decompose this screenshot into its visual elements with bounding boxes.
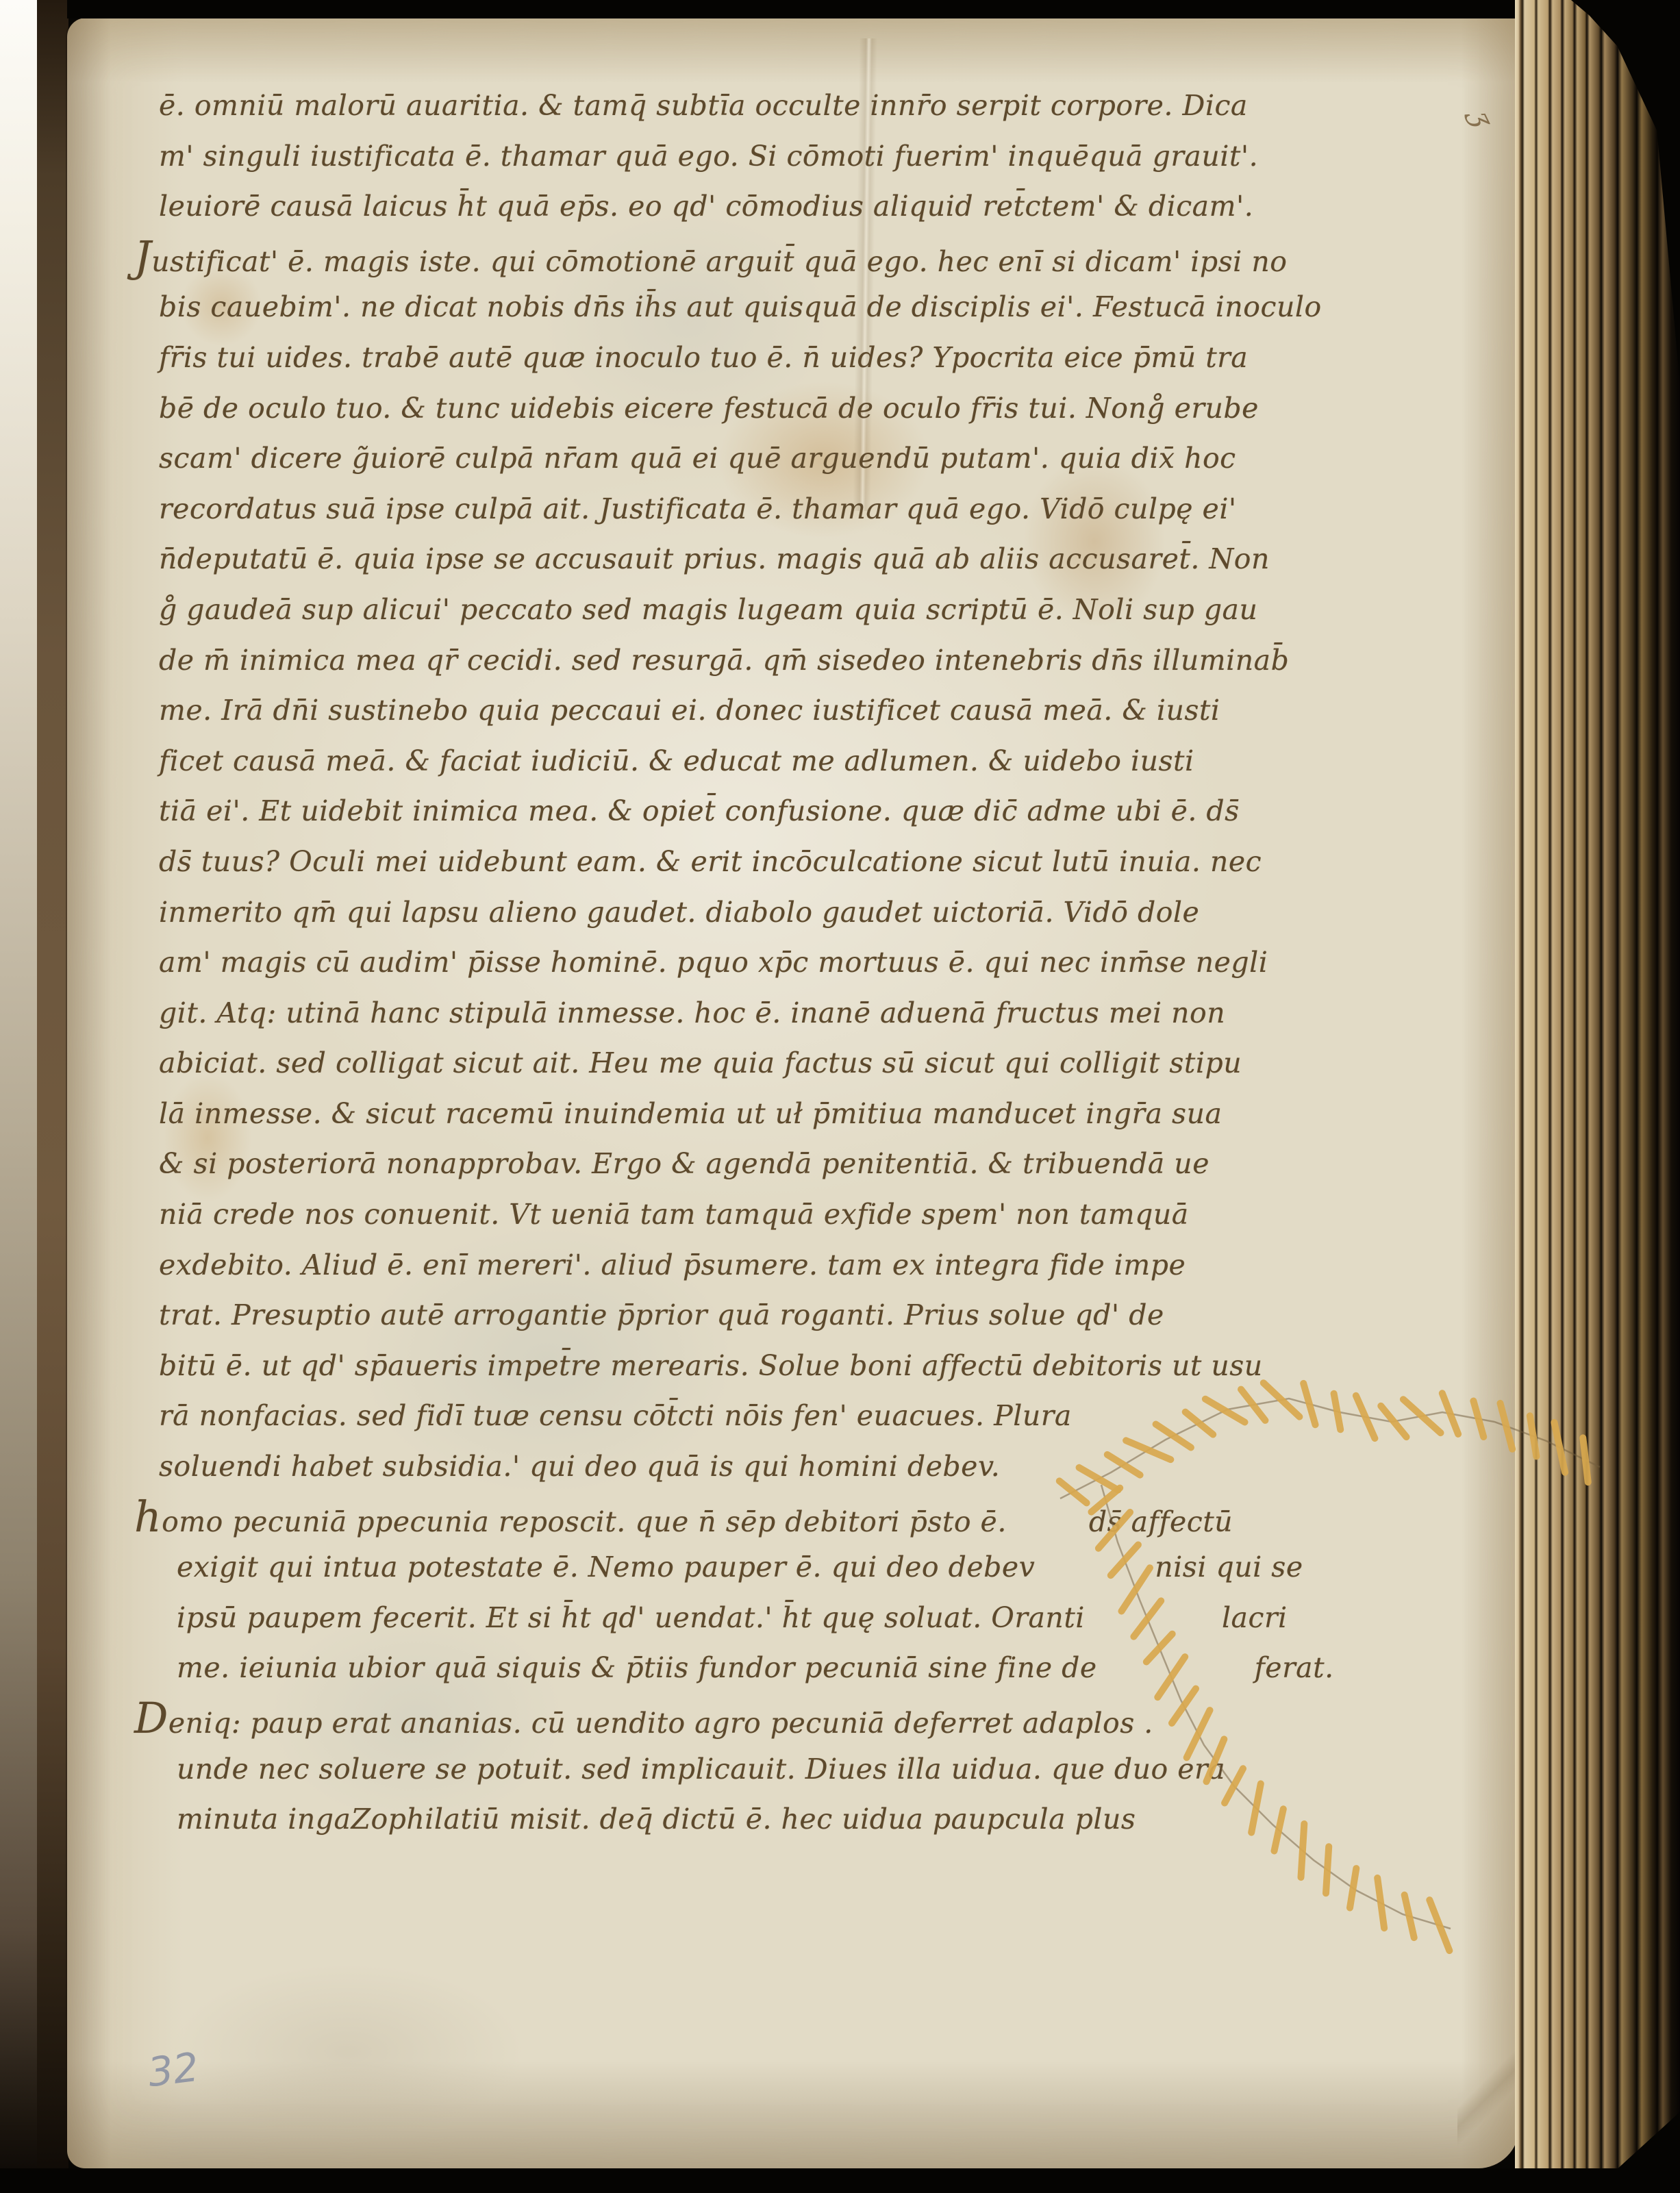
line-text: me. ieiunia ubior quā siquis & p̄tiis fu… (177, 1651, 1097, 1684)
manuscript-line: ipsū paupem fecerit. Et si h̄t qd' uenda… (177, 1593, 1364, 1644)
manuscript-line: tiā ei'. Et uidebit inimica mea. & opiet… (159, 786, 1364, 837)
line-text: ds̄ affectū (1089, 1505, 1233, 1538)
line-text: unde nec soluere se potuit. sed implicau… (177, 1753, 1225, 1785)
manuscript-line: minuta ingaZophilatiū misit. deq̄ dictū … (177, 1794, 1364, 1845)
line-text: minuta ingaZophilatiū misit. deq̄ dictū … (177, 1803, 1136, 1835)
manuscript-line: g̊ gaudeā sup alicui' peccato sed magis … (159, 585, 1364, 636)
text-block: ē. omniū malorū auaritia. & tamq̄ subtīa… (159, 81, 1364, 1845)
line-text: ds̄ tuus? Oculi mei uidebunt eam. & erit… (159, 845, 1262, 878)
line-text: ferat. (1255, 1651, 1334, 1684)
scan-background-top (67, 0, 1546, 18)
line-text: m' singuli iustificata ē. thamar quā ego… (159, 140, 1258, 173)
line-text: leuiorē causā laicus h̄t quā ep̄s. eo qd… (159, 190, 1253, 223)
line-text: g̊ gaudeā sup alicui' peccato sed magis … (159, 593, 1257, 626)
book-cover-edge (37, 0, 68, 2193)
manuscript-line: de m̄ inimica mea qr̄ cecidi. sed resurg… (159, 636, 1364, 686)
line-text: me. Irā dn̄i sustinebo quia peccaui ei. … (159, 694, 1220, 727)
line-text: Justificat' ē. magis iste. qui cōmotionē… (134, 245, 1287, 278)
manuscript-line: leuiorē causā laicus h̄t quā ep̄s. eo qd… (159, 181, 1364, 232)
book-fore-edge-pages (1515, 0, 1680, 2193)
manuscript-line: abiciat. sed colligat sicut ait. Heu me … (159, 1038, 1364, 1089)
manuscript-line: exigit qui intua potestate ē. Nemo paupe… (177, 1542, 1364, 1593)
line-text: bitū ē. ut qd' sp̄aueris impet̄re merear… (159, 1349, 1263, 1382)
line-text: Deniq: paup erat ananias. cū uendito agr… (134, 1707, 1153, 1740)
line-text: rā nonfacias. sed fidī tuæ censu cōt̄cti… (159, 1399, 1072, 1432)
line-text: bis cauebim'. ne dicat nobis dn̄s ih̄s a… (159, 290, 1322, 323)
line-text: soluendi habet subsidia.' qui deo quā is… (159, 1450, 1000, 1483)
line-text: trat. Presuptio autē arrogantie p̄prior … (159, 1299, 1164, 1331)
line-text: recordatus suā ipse culpā ait. Justifica… (159, 492, 1237, 525)
line-text: fr̄is tui uides. trabē autē quæ inoculo … (159, 341, 1248, 374)
line-text: de m̄ inimica mea qr̄ cecidi. sed resurg… (159, 644, 1289, 677)
parchment-stain (170, 1963, 526, 2141)
line-text: ipsū paupem fecerit. Et si h̄t qd' uenda… (177, 1601, 1085, 1634)
line-text: abiciat. sed colligat sicut ait. Heu me … (159, 1047, 1242, 1079)
manuscript-line: inmerito qm̄ qui lapsu alieno gaudet. di… (159, 888, 1364, 938)
line-text: & si posteriorā nonapprobav. Ergo & agen… (159, 1147, 1209, 1180)
line-text: lā inmesse. & sicut racemū inuindemia ut… (159, 1097, 1222, 1130)
manuscript-line: n̄deputatū ē. quia ipse se accusauit pri… (159, 534, 1364, 585)
left-scan-strip (0, 0, 37, 2193)
line-text: git. Atq: utinā hanc stipulā inmesse. ho… (159, 997, 1225, 1029)
manuscript-line: exdebito. Aliud ē. enī mereri'. aliud p̄… (159, 1240, 1364, 1291)
manuscript-line: homo pecuniā ppecunia reposcit. que n̄ s… (134, 1492, 1364, 1543)
manuscript-line: me. ieiunia ubior quā siquis & p̄tiis fu… (177, 1643, 1364, 1694)
manuscript-line: Justificat' ē. magis iste. qui cōmotionē… (134, 232, 1364, 283)
line-text: bē de oculo tuo. & tunc uidebis eicere f… (159, 392, 1259, 425)
manuscript-line: ds̄ tuus? Oculi mei uidebunt eam. & erit… (159, 837, 1364, 888)
manuscript-scan: ē. omniū malorū auaritia. & tamq̄ subtīa… (0, 0, 1680, 2193)
manuscript-line: niā crede nos conuenit. Vt ueniā tam tam… (159, 1190, 1364, 1240)
line-text: scam' dicere g̃uiorē culpā nr̄am quā ei … (159, 442, 1236, 475)
manuscript-line: ficet causā meā. & faciat iudiciū. & edu… (159, 736, 1364, 787)
line-text: n̄deputatū ē. quia ipse se accusauit pri… (159, 542, 1270, 575)
manuscript-line: bis cauebim'. ne dicat nobis dn̄s ih̄s a… (159, 282, 1364, 333)
folio-number-pencil: 32 (145, 2044, 201, 2096)
manuscript-line: m' singuli iustificata ē. thamar quā ego… (159, 131, 1364, 182)
scan-background-bottom (0, 2168, 1680, 2193)
manuscript-line: scam' dicere g̃uiorē culpā nr̄am quā ei … (159, 434, 1364, 484)
line-text: tiā ei'. Et uidebit inimica mea. & opiet… (159, 794, 1240, 827)
manuscript-line: unde nec soluere se potuit. sed implicau… (177, 1744, 1364, 1795)
line-text: am' magis cū audim' p̄isse hominē. pquo … (159, 946, 1268, 979)
line-text: nisi qui se (1155, 1551, 1303, 1583)
manuscript-line: soluendi habet subsidia.' qui deo quā is… (159, 1442, 1364, 1492)
line-text: exdebito. Aliud ē. enī mereri'. aliud p̄… (159, 1249, 1186, 1281)
manuscript-line: fr̄is tui uides. trabē autē quæ inoculo … (159, 333, 1364, 384)
manuscript-line: trat. Presuptio autē arrogantie p̄prior … (159, 1290, 1364, 1341)
manuscript-line: me. Irā dn̄i sustinebo quia peccaui ei. … (159, 686, 1364, 736)
manuscript-line: Deniq: paup erat ananias. cū uendito agr… (134, 1694, 1364, 1744)
manuscript-line: rā nonfacias. sed fidī tuæ censu cōt̄cti… (159, 1391, 1364, 1442)
manuscript-line: recordatus suā ipse culpā ait. Justifica… (159, 484, 1364, 535)
manuscript-line: bē de oculo tuo. & tunc uidebis eicere f… (159, 384, 1364, 434)
manuscript-line: & si posteriorā nonapprobav. Ergo & agen… (159, 1139, 1364, 1190)
manuscript-line: ē. omniū malorū auaritia. & tamq̄ subtīa… (159, 81, 1364, 131)
manuscript-line: bitū ē. ut qd' sp̄aueris impet̄re merear… (159, 1341, 1364, 1392)
line-text: ē. omniū malorū auaritia. & tamq̄ subtīa… (159, 89, 1248, 122)
manuscript-line: lā inmesse. & sicut racemū inuindemia ut… (159, 1089, 1364, 1140)
line-text: inmerito qm̄ qui lapsu alieno gaudet. di… (159, 896, 1199, 929)
line-text: homo pecuniā ppecunia reposcit. que n̄ s… (134, 1505, 1007, 1538)
manuscript-line: am' magis cū audim' p̄isse hominē. pquo … (159, 938, 1364, 988)
line-text: niā crede nos conuenit. Vt ueniā tam tam… (159, 1198, 1189, 1231)
line-text: lacri (1222, 1601, 1288, 1634)
manuscript-line: git. Atq: utinā hanc stipulā inmesse. ho… (159, 988, 1364, 1039)
line-text: exigit qui intua potestate ē. Nemo paupe… (177, 1551, 1035, 1583)
line-text: ficet causā meā. & faciat iudiciū. & edu… (159, 744, 1194, 777)
